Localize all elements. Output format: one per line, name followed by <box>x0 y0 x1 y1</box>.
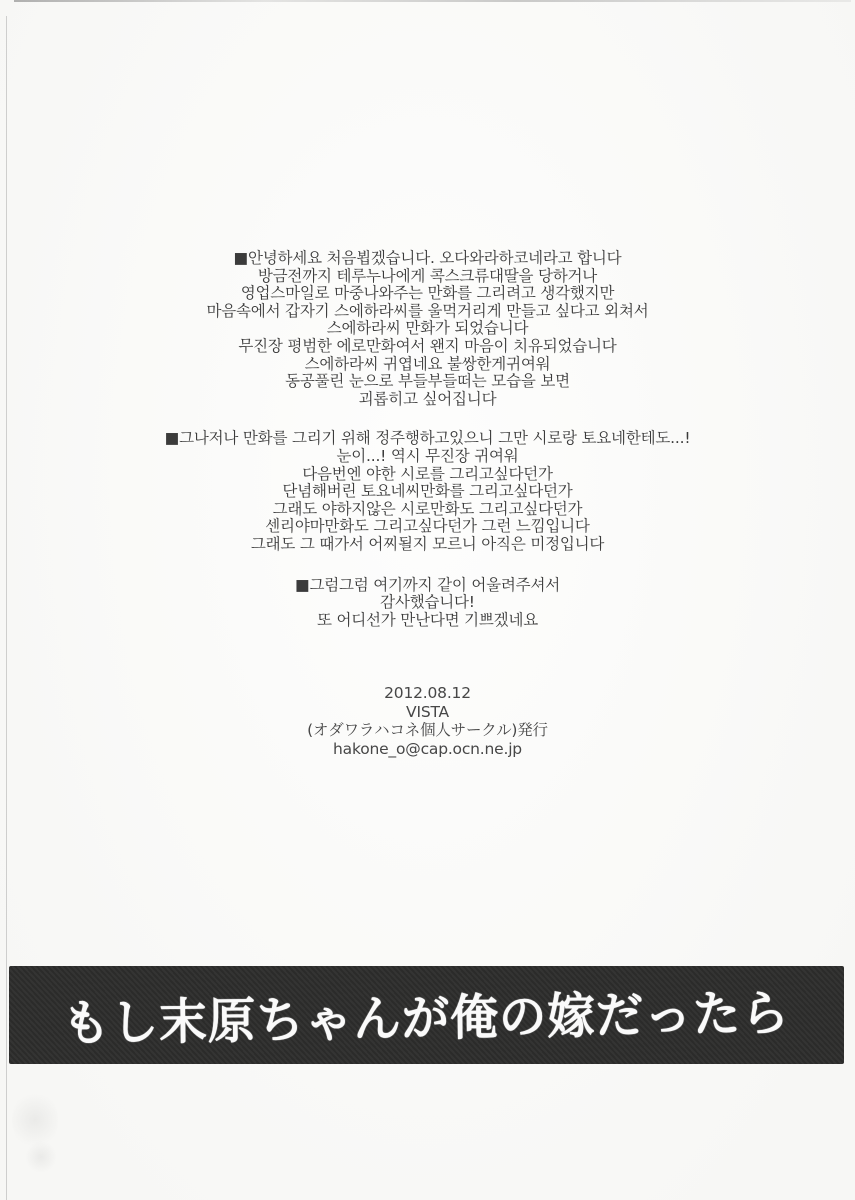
scan-top-edge-artifact <box>14 0 851 2</box>
banner-title: もし末原ちゃんが俺の嫁だったら <box>62 975 790 1055</box>
afterword-line: 그래도 그 때가서 어찌될지 모르니 아직은 미정입니다 <box>0 536 855 554</box>
afterword-line: 감사했습니다! <box>0 594 855 612</box>
afterword-line: 동공풀린 눈으로 부들부들떠는 모습을 보면 <box>0 373 855 391</box>
afterword-line: 무진장 평범한 에로만화여서 왠지 마음이 치유되었습니다 <box>0 338 855 356</box>
scanned-afterword-page: ■안녕하세요 처음뵙겠습니다. 오다와라하코네라고 합니다 방금전까지 테루누나… <box>0 0 855 1200</box>
afterword-line: 마음속에서 갑자기 스에하라씨를 울먹거리게 만들고 싶다고 외쳐서 <box>0 303 855 321</box>
publish-date: 2012.08.12 <box>0 684 855 703</box>
afterword-paragraph-2: ■그나저나 만화를 그리기 위해 정주행하고있으니 그만 시로랑 토요네한테도.… <box>0 430 855 553</box>
publication-credits: 2012.08.12 VISTA (オダワラハコネ個人サークル)発行 hakon… <box>0 684 855 758</box>
afterword-paragraph-1: ■안녕하세요 처음뵙겠습니다. 오다와라하코네라고 합니다 방금전까지 테루누나… <box>0 250 855 408</box>
afterword-line: ■안녕하세요 처음뵙겠습니다. 오다와라하코네라고 합니다 <box>0 250 855 268</box>
afterword-line: 괴롭히고 싶어집니다 <box>0 391 855 409</box>
afterword-line: 다음번엔 야한 시로를 그리고싶다던가 <box>0 466 855 484</box>
afterword-line: ■그나저나 만화를 그리기 위해 정주행하고있으니 그만 시로랑 토요네한테도.… <box>0 430 855 448</box>
title-banner: もし末原ちゃんが俺の嫁だったら <box>9 966 844 1064</box>
afterword-paragraph-3: ■그럼그럼 여기까지 같이 어울려주셔서 감사했습니다! 또 어디선가 만난다면… <box>0 577 855 630</box>
afterword-line: 단념해버린 토요네씨만화를 그리고싶다던가 <box>0 483 855 501</box>
afterword-line: ■그럼그럼 여기까지 같이 어울려주셔서 <box>0 577 855 595</box>
afterword-line: 방금전까지 테루누나에게 콕스크류대딸을 당하거나 <box>0 268 855 286</box>
afterword-line: 스에하라씨 만화가 되었습니다 <box>0 320 855 338</box>
afterword-line: 그래도 야하지않은 시로만화도 그리고싶다던가 <box>0 501 855 519</box>
contact-email: hakone_o@cap.ocn.ne.jp <box>0 740 855 759</box>
circle-note: (オダワラハコネ個人サークル)発行 <box>0 721 855 740</box>
afterword-text: ■안녕하세요 처음뵙겠습니다. 오다와라하코네라고 합니다 방금전까지 테루누나… <box>0 250 855 758</box>
afterword-line: 또 어디선가 만난다면 기쁘겠네요 <box>0 612 855 630</box>
afterword-line: 눈이...! 역시 무진장 귀여워 <box>0 448 855 466</box>
circle-name: VISTA <box>0 703 855 722</box>
afterword-line: 스에하라씨 귀엽네요 불쌍한게귀여워 <box>0 356 855 374</box>
afterword-line: 센리야마만화도 그리고싶다던가 그런 느낌입니다 <box>0 518 855 536</box>
scan-smudge <box>26 1140 56 1174</box>
afterword-line: 영업스마일로 마중나와주는 만화를 그리려고 생각했지만 <box>0 285 855 303</box>
